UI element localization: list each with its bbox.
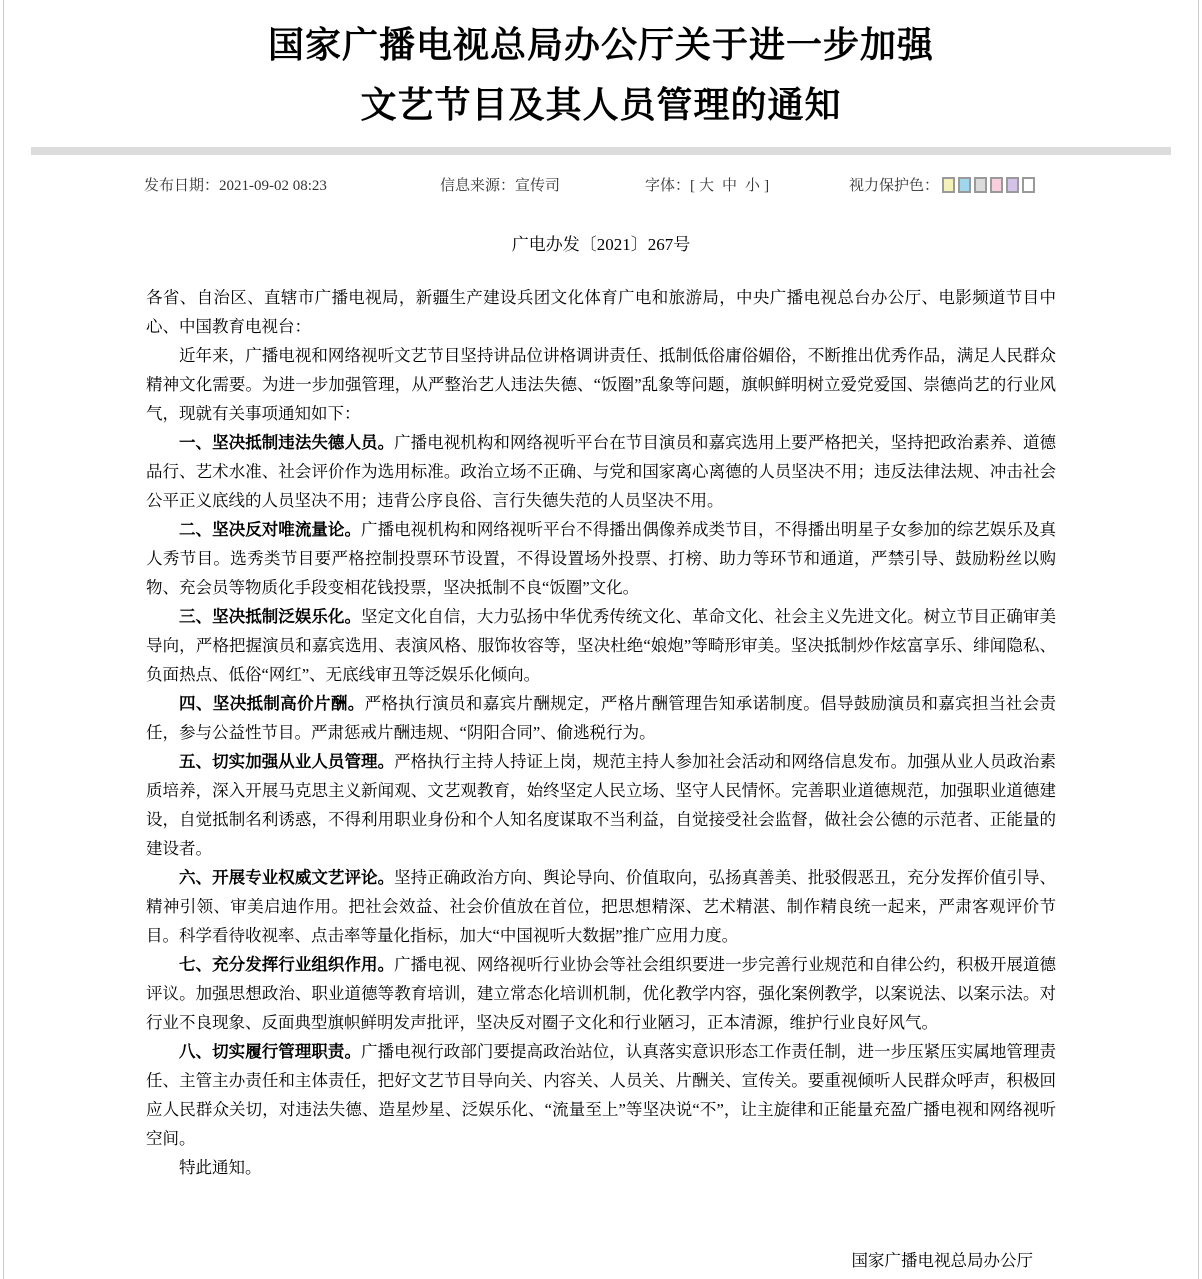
section-paragraph-8: 八、切实履行管理职责。广播电视行政部门要提高政治站位，认真落实意识形态工作责任制… <box>146 1037 1056 1153</box>
eye-protection-label: 视力保护色： <box>849 178 939 194</box>
section-paragraph-1: 一、坚决抵制违法失德人员。广播电视机构和网络视听平台在节目演员和嘉宾选用上要严格… <box>146 428 1056 515</box>
section-paragraph-5: 五、切实加强从业人员管理。严格执行主持人持证上岗，规范主持人参加社会活动和网络信… <box>146 747 1056 863</box>
info-source: 信息来源：宣传司 <box>440 174 560 195</box>
font-size-option-large[interactable]: 大 <box>699 178 714 194</box>
document-body: 各省、自治区、直辖市广播电视局，新疆生产建设兵团文化体育广电和旅游局，中央广播电… <box>4 283 1198 1275</box>
document-page: 国家广播电视总局办公厅关于进一步加强 文艺节目及其人员管理的通知 发布日期：20… <box>3 0 1199 1279</box>
font-size-label: 字体： <box>645 178 690 194</box>
eye-protection-control: 视力保护色： <box>849 174 1035 195</box>
meta-bar: 发布日期：2021-09-02 08:23 信息来源：宣传司 字体：[大中小] … <box>4 174 1198 196</box>
section-lead-2: 二、坚决反对唯流量论。 <box>179 520 361 539</box>
eye-protection-swatch-2[interactable] <box>958 177 971 193</box>
section-lead-5: 五、切实加强从业人员管理。 <box>179 752 394 771</box>
eye-protection-swatches <box>939 177 1035 194</box>
doc-title-line2: 文艺节目及其人员管理的通知 <box>4 75 1198 135</box>
section-paragraph-2: 二、坚决反对唯流量论。广播电视机构和网络视听平台不得播出偶像养成类节目，不得播出… <box>146 515 1056 602</box>
section-paragraph-4: 四、坚决抵制高价片酬。严格执行演员和嘉宾片酬规定，严格片酬管理告知承诺制度。倡导… <box>146 689 1056 747</box>
page-title: 国家广播电视总局办公厅关于进一步加强 文艺节目及其人员管理的通知 <box>4 0 1198 135</box>
section-lead-6: 六、开展专业权威文艺评论。 <box>179 868 394 887</box>
section-lead-8: 八、切实履行管理职责。 <box>179 1042 361 1061</box>
title-divider <box>31 147 1171 155</box>
font-size-option-medium[interactable]: 中 <box>722 178 737 194</box>
eye-protection-swatch-1[interactable] <box>942 177 955 193</box>
intro-paragraph: 近年来，广播电视和网络视听文艺节目坚持讲品位讲格调讲责任、抵制低俗庸俗媚俗，不断… <box>146 341 1056 428</box>
closing-paragraph: 特此通知。 <box>146 1153 1056 1182</box>
section-paragraph-6: 六、开展专业权威文艺评论。坚持正确政治方向、舆论导向、价值取向，弘扬真善美、批驳… <box>146 863 1056 950</box>
salutation-paragraph: 各省、自治区、直辖市广播电视局，新疆生产建设兵团文化体育广电和旅游局，中央广播电… <box>146 283 1056 341</box>
section-lead-1: 一、坚决抵制违法失德人员。 <box>179 433 394 452</box>
doc-title-line1: 国家广播电视总局办公厅关于进一步加强 <box>4 15 1198 75</box>
font-size-control: 字体：[大中小] <box>645 174 769 195</box>
sections-container: 一、坚决抵制违法失德人员。广播电视机构和网络视听平台在节目演员和嘉宾选用上要严格… <box>146 428 1056 1153</box>
font-bracket-close: ] <box>764 178 769 194</box>
eye-protection-swatch-3[interactable] <box>974 177 987 193</box>
section-lead-4: 四、坚决抵制高价片酬。 <box>179 694 365 713</box>
document-number: 广电办发〔2021〕267号 <box>4 230 1198 255</box>
section-paragraph-7: 七、充分发挥行业组织作用。广播电视、网络视听行业协会等社会组织要进一步完善行业规… <box>146 950 1056 1037</box>
eye-protection-swatch-5[interactable] <box>1006 177 1019 193</box>
eye-protection-swatch-4[interactable] <box>990 177 1003 193</box>
section-lead-3: 三、坚决抵制泛娱乐化。 <box>179 607 361 626</box>
font-size-option-small[interactable]: 小 <box>745 178 760 194</box>
signature: 国家广播电视总局办公厅 <box>146 1246 1056 1275</box>
publish-date: 发布日期：2021-09-02 08:23 <box>144 174 327 195</box>
section-lead-7: 七、充分发挥行业组织作用。 <box>179 955 394 974</box>
font-size-options: 大中小 <box>695 178 764 194</box>
section-paragraph-3: 三、坚决抵制泛娱乐化。坚定文化自信，大力弘扬中华优秀传统文化、革命文化、社会主义… <box>146 602 1056 689</box>
eye-protection-swatch-6[interactable] <box>1022 177 1035 193</box>
